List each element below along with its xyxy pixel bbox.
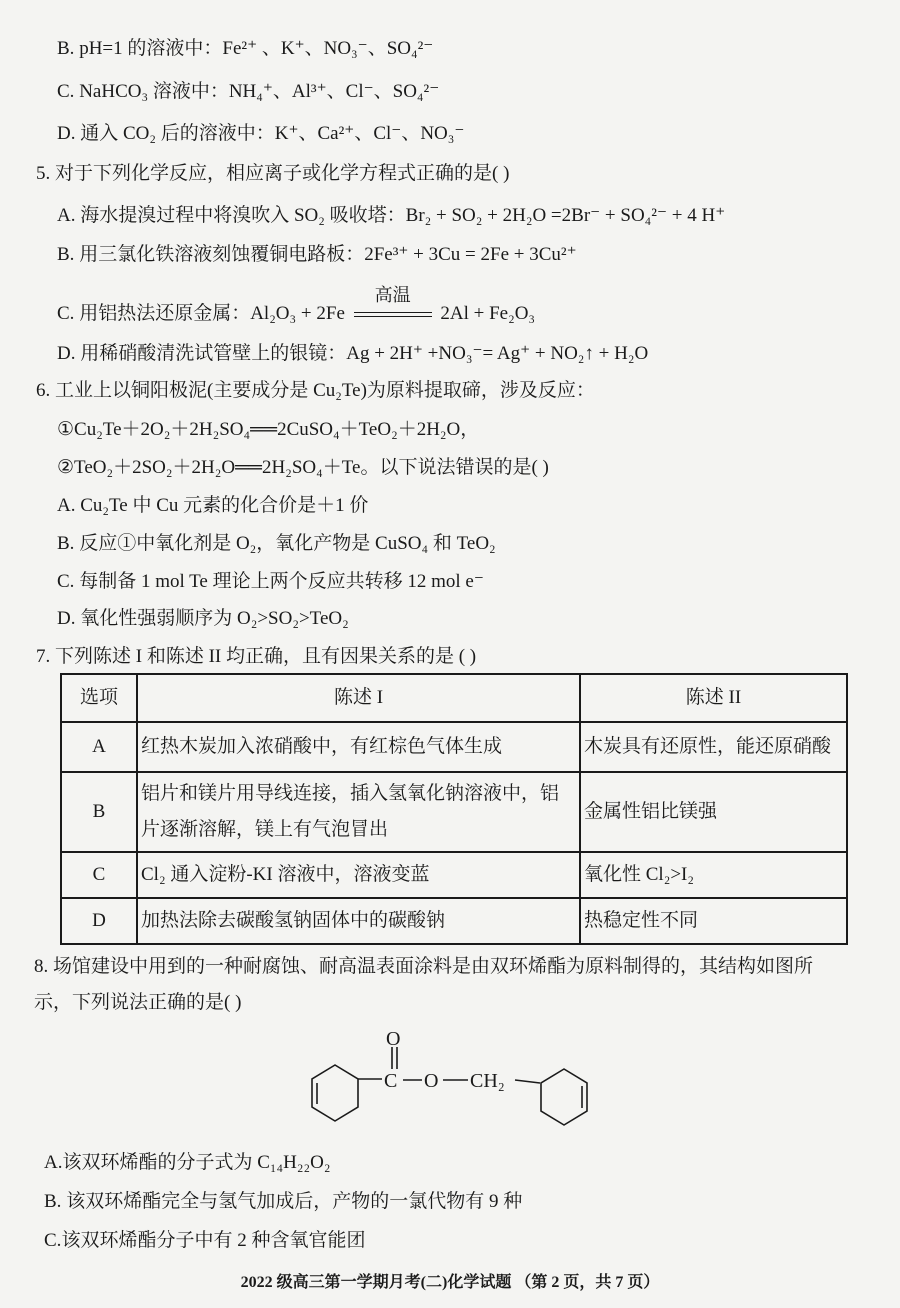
option-text: Cu₂Te 中 Cu 元素的化合价是＋1 价 — [80, 495, 368, 516]
option-text: 该双环烯酯的分子式为 C₁₄H₂₂O₂ — [62, 1152, 330, 1173]
option-text: 反应①中氧化剂是 O₂，氧化产物是 CuSO₄ 和 TeO₂ — [79, 533, 496, 554]
cell-statement-2: 木炭具有还原性，能还原硝酸 — [580, 722, 847, 772]
q6-stem: 6. 工业上以铜阳极泥(主要成分是 Cu₂Te)为原料提取碲，涉及反应： — [36, 379, 595, 403]
q4-option-d: D. 通入 CO₂ 后的溶液中：K⁺、Ca²⁺、Cl⁻、NO₃⁻ — [57, 122, 464, 146]
table-header-row: 选项 陈述 I 陈述 II — [61, 674, 847, 722]
option-text: 氧化性强弱顺序为 O₂>SO₂>TeO₂ — [80, 608, 349, 629]
cell-option: C — [61, 852, 137, 898]
table-row: D 加热法除去碳酸氢钠固体中的碳酸钠 热稳定性不同 — [61, 898, 847, 944]
option-text: pH=1 的溶液中：Fe²⁺ 、K⁺、NO₃⁻、SO₄²⁻ — [79, 38, 433, 59]
option-label: C. — [57, 303, 74, 324]
q8-option-c: C.该双环烯酯分子中有 2 种含氧官能团 — [44, 1229, 365, 1253]
molecular-structure-diagram: O C O CH₂ — [300, 1025, 600, 1140]
header-statement-2: 陈述 II — [580, 674, 847, 722]
cell-statement-1: Cl₂ 通入淀粉-KI 溶液中，溶液变蓝 — [137, 852, 580, 898]
option-label: B. — [57, 244, 74, 265]
q5-option-c: C. 用铝热法还原金属：Al₂O₃ + 2Fe 高温 2Al + Fe₂O₃ — [57, 302, 535, 327]
carbonyl-oxygen-label: O — [386, 1028, 400, 1050]
cell-option: B — [61, 772, 137, 852]
option-label: C. — [57, 81, 74, 102]
q5-stem: 5. 对于下列化学反应，相应离子或化学方程式正确的是( ) — [36, 162, 509, 186]
equals-bar-bottom — [354, 316, 432, 317]
q6-option-a: A. Cu₂Te 中 Cu 元素的化合价是＋1 价 — [57, 494, 368, 518]
option-label: A. — [57, 205, 75, 226]
option-label: D. — [57, 343, 75, 364]
header-option: 选项 — [61, 674, 137, 722]
option-text: 海水提溴过程中将溴吹入 SO₂ 吸收塔：Br₂ + SO₂ + 2H₂O =2B… — [80, 205, 725, 226]
q8-stem-line-2: 示，下列说法正确的是( ) — [34, 991, 241, 1015]
page-footer: 2022 级高三第一学期月考(二)化学试题 （第 2 页，共 7 页） — [0, 1269, 900, 1292]
cell-option: A — [61, 722, 137, 772]
table-row: B 铝片和镁片用导线连接，插入氢氧化钠溶液中，铝片逐渐溶解，镁上有气泡冒出 金属… — [61, 772, 847, 852]
cell-statement-1: 铝片和镁片用导线连接，插入氢氧化钠溶液中，铝片逐渐溶解，镁上有气泡冒出 — [137, 772, 580, 852]
q5-option-b: B. 用三氯化铁溶液刻蚀覆铜电路板：2Fe³⁺ + 3Cu = 2Fe + 3C… — [57, 243, 577, 267]
cell-statement-2: 氧化性 Cl₂>I₂ — [580, 852, 847, 898]
q8-option-b: B. 该双环烯酯完全与氢气加成后，产物的一氯代物有 9 种 — [44, 1190, 522, 1214]
option-label: B. — [57, 38, 74, 59]
option-label: B. — [57, 533, 74, 554]
q6-reaction-2: ②TeO₂＋2SO₂＋2H₂O══2H₂SO₄＋Te。以下说法错误的是( ) — [57, 456, 549, 480]
q6-option-d: D. 氧化性强弱顺序为 O₂>SO₂>TeO₂ — [57, 607, 349, 631]
reaction-condition-arrow: 高温 — [354, 303, 432, 327]
q8-option-a: A.该双环烯酯的分子式为 C₁₄H₂₂O₂ — [44, 1151, 330, 1175]
equation-left: 用铝热法还原金属：Al₂O₃ + 2Fe — [79, 303, 345, 324]
cell-option: D — [61, 898, 137, 944]
option-label: C. — [57, 571, 74, 592]
option-text: 该双环烯酯分子中有 2 种含氧官能团 — [61, 1230, 365, 1251]
q5-option-d: D. 用稀硝酸清洗试管壁上的银镜：Ag + 2H⁺ +NO₃⁻= Ag⁺ + N… — [57, 342, 648, 366]
statement-table: 选项 陈述 I 陈述 II A 红热木炭加入浓硝酸中，有红棕色气体生成 木炭具有… — [60, 673, 848, 945]
q4-option-b: B. pH=1 的溶液中：Fe²⁺ 、K⁺、NO₃⁻、SO₄²⁻ — [57, 37, 433, 61]
option-label: A. — [57, 495, 75, 516]
q6-option-c: C. 每制备 1 mol Te 理论上两个反应共转移 12 mol e⁻ — [57, 570, 484, 594]
condition-label: 高温 — [354, 283, 432, 307]
q4-option-c: C. NaHCO₃ 溶液中：NH₄⁺、Al³⁺、Cl⁻、SO₄²⁻ — [57, 80, 439, 104]
option-text: 用稀硝酸清洗试管壁上的银镜：Ag + 2H⁺ +NO₃⁻= Ag⁺ + NO₂↑… — [80, 343, 648, 364]
cell-statement-2: 热稳定性不同 — [580, 898, 847, 944]
option-label: B. — [44, 1191, 61, 1212]
option-text: 该双环烯酯完全与氢气加成后，产物的一氯代物有 9 种 — [61, 1191, 522, 1212]
option-text: 用三氯化铁溶液刻蚀覆铜电路板：2Fe³⁺ + 3Cu = 2Fe + 3Cu²⁺ — [79, 244, 576, 265]
header-statement-1: 陈述 I — [137, 674, 580, 722]
cell-statement-1: 加热法除去碳酸氢钠固体中的碳酸钠 — [137, 898, 580, 944]
equals-bar-top — [354, 312, 432, 313]
cell-statement-1: 红热木炭加入浓硝酸中，有红棕色气体生成 — [137, 722, 580, 772]
option-label: D. — [57, 123, 75, 144]
table-row: A 红热木炭加入浓硝酸中，有红棕色气体生成 木炭具有还原性，能还原硝酸 — [61, 722, 847, 772]
option-label: D. — [57, 608, 75, 629]
q6-option-b: B. 反应①中氧化剂是 O₂，氧化产物是 CuSO₄ 和 TeO₂ — [57, 532, 496, 556]
option-text: 通入 CO₂ 后的溶液中：K⁺、Ca²⁺、Cl⁻、NO₃⁻ — [80, 123, 464, 144]
equation-right: 2Al + Fe₂O₃ — [440, 303, 535, 324]
cell-statement-2: 金属性铝比镁强 — [580, 772, 847, 852]
carbon-label: C — [384, 1070, 397, 1092]
option-text: NaHCO₃ 溶液中：NH₄⁺、Al³⁺、Cl⁻、SO₄²⁻ — [79, 81, 439, 102]
option-label: A. — [44, 1152, 62, 1173]
option-label: C. — [44, 1230, 61, 1251]
q8-stem-line-1: 8. 场馆建设中用到的一种耐腐蚀、耐高温表面涂料是由双环烯酯为原料制得的，其结构… — [34, 955, 813, 979]
ester-oxygen-label: O — [424, 1070, 438, 1092]
q7-stem: 7. 下列陈述 I 和陈述 II 均正确，且有因果关系的是 ( ) — [36, 645, 476, 669]
table-row: C Cl₂ 通入淀粉-KI 溶液中，溶液变蓝 氧化性 Cl₂>I₂ — [61, 852, 847, 898]
option-text: 每制备 1 mol Te 理论上两个反应共转移 12 mol e⁻ — [79, 571, 484, 592]
ch2-label: CH₂ — [470, 1070, 505, 1092]
q6-reaction-1: ①Cu₂Te＋2O₂＋2H₂SO₄══2CuSO₄＋TeO₂＋2H₂O， — [57, 418, 479, 442]
q5-option-a: A. 海水提溴过程中将溴吹入 SO₂ 吸收塔：Br₂ + SO₂ + 2H₂O … — [57, 204, 725, 228]
